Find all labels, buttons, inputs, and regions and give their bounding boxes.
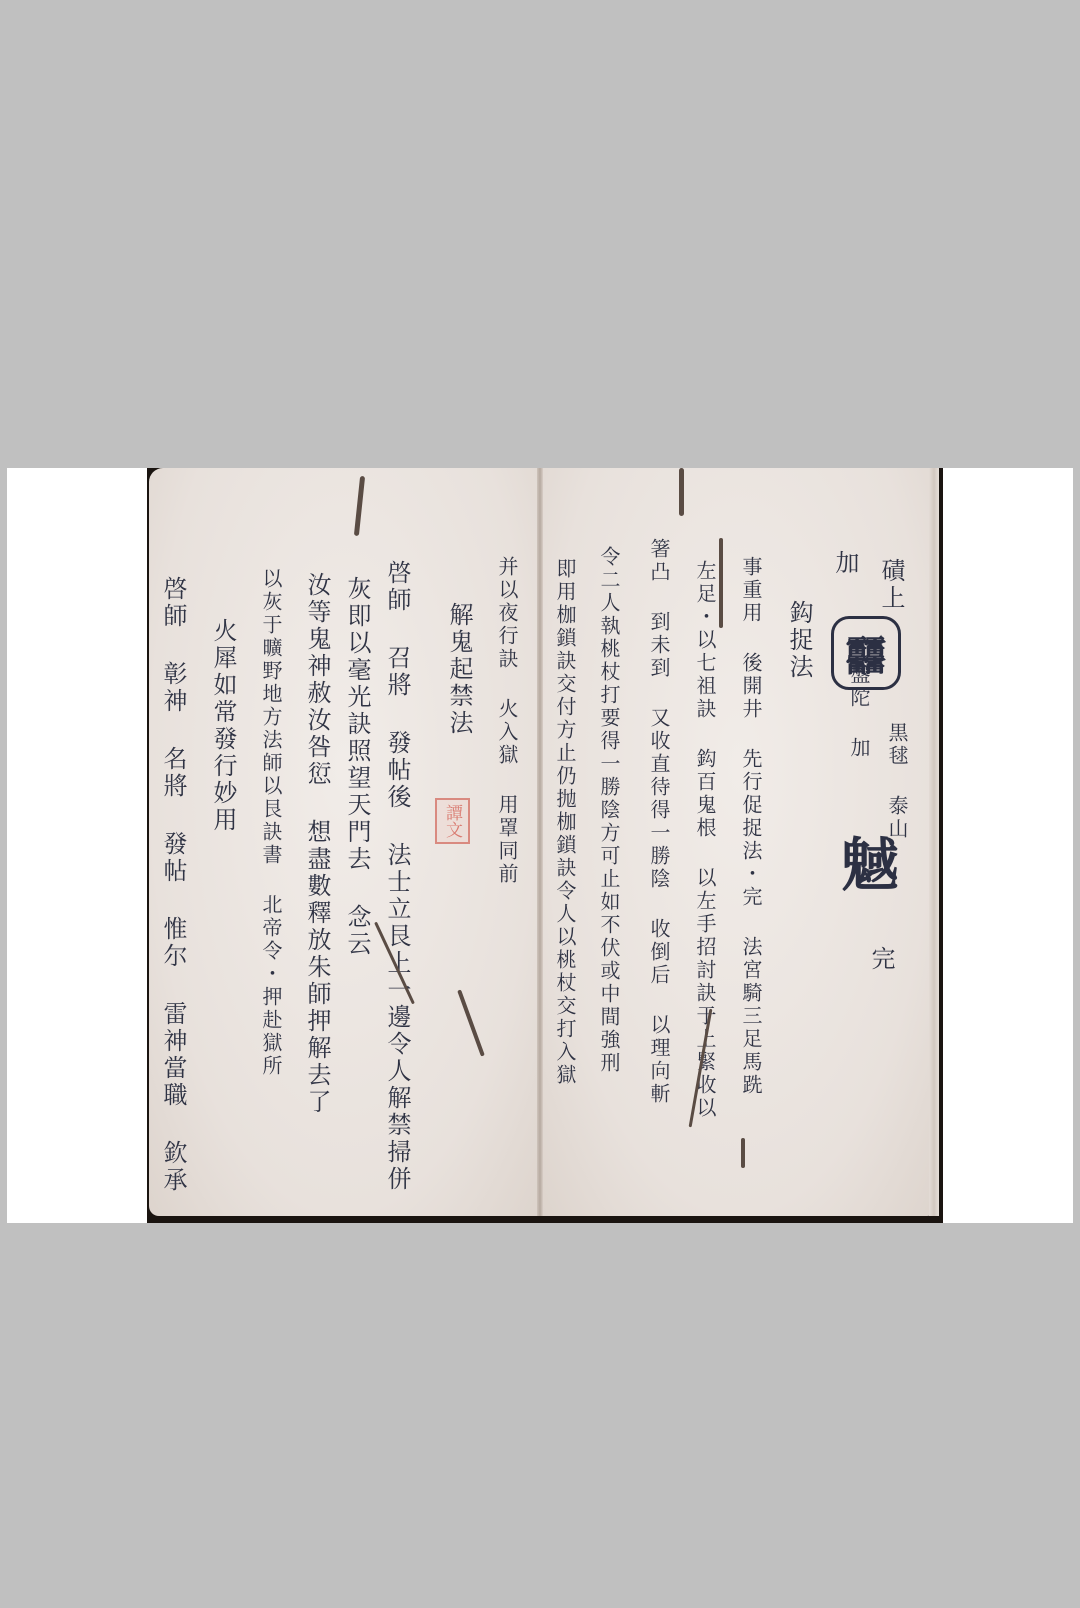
right-page: 磧上 加 黒毬 泰山 盤陀 加 完 鈎捉法 事重用 後開井 先行促捉法・完 法宮… (543, 468, 935, 1216)
wormhole-mark (457, 989, 485, 1056)
page-edges (929, 468, 939, 1216)
left-page: 并以夜行訣 火入獄 用罩同前 解鬼起禁法 啓師 召將 發帖後 法士立艮上一邊令人… (149, 468, 539, 1216)
text-column: 磧上 (879, 558, 903, 612)
text-column: 火犀如常發行妙用 (211, 618, 235, 834)
text-column: 完 (869, 946, 893, 973)
document-frame: 并以夜行訣 火入獄 用罩同前 解鬼起禁法 啓師 召將 發帖後 法士立艮上一邊令人… (7, 468, 1073, 1223)
text-column: 灰即以毫光訣照望天門去 念云 (345, 576, 369, 958)
text-column: 箸凸 到未到 又收直待得一勝陰 收倒后 以理向斬 (649, 538, 669, 1106)
text-column: 即用枷鎖訣交付方止仍抛枷鎖訣令人以桃杖交打入獄 (555, 558, 575, 1087)
wormhole-mark (354, 476, 365, 536)
red-seal-stamp: 譚文 (435, 798, 470, 844)
text-column: 啓師 彰神 名將 發帖 惟尔 雷神當職 欽承 (161, 576, 185, 1194)
text-column: 加 (833, 550, 857, 577)
section-heading: 解鬼起禁法 (447, 602, 471, 737)
wormhole-mark (719, 538, 723, 628)
section-heading: 鈎捉法 (787, 600, 811, 681)
text-column: 事重用 後開井 先行促捉法・完 法宮騎三足馬跣 (741, 556, 761, 1097)
wormhole-mark (741, 1138, 745, 1168)
text-column: 令二人執桃杖打要得一勝陰方可止如不伏或中間強刑 (599, 546, 619, 1075)
talisman-large-icon: 魊 (841, 818, 899, 902)
text-column: 以灰于曠野地方法師以艮訣書 北帝令・押赴獄所 (261, 568, 281, 1078)
text-column: 汝等鬼神赦汝咎愆 想盡數釋放朱師押解去了 (305, 572, 329, 1116)
text-column: 并以夜行訣 火入獄 用罩同前 (497, 556, 517, 886)
wormhole-mark (679, 468, 684, 516)
text-column: 啓師 召將 發帖後 法士立艮上一邊令人解禁掃併 (385, 560, 409, 1220)
open-book: 并以夜行訣 火入獄 用罩同前 解鬼起禁法 啓師 召將 發帖後 法士立艮上一邊令人… (147, 468, 943, 1223)
talisman-enclosed-icon: 䨻 (831, 616, 901, 690)
